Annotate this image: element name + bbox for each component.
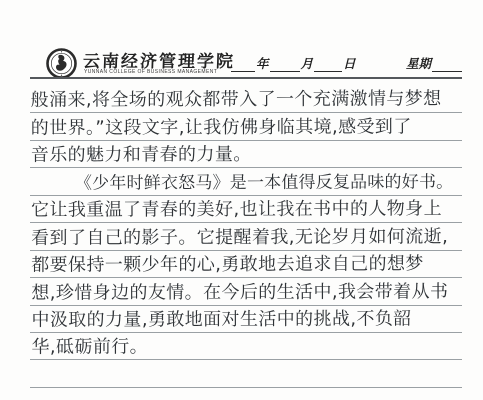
handwritten-line-2: 的世界。”这段文字,让我仿佛身临其境,感受到了	[31, 115, 412, 140]
handwritten-line-1: 般涌来,将全场的观众都带入了一个充满激情与梦想	[31, 87, 442, 112]
handwritten-line-10: 华,砥砺前行。	[31, 335, 148, 359]
handwritten-line-7: 都要保持一颗少年的心,勇敢地去追求自己的想梦	[31, 252, 424, 277]
handwritten-line-5: 它让我重温了青春的美好,也让我在书中的人物身上	[31, 197, 442, 222]
handwritten-line-8: 想,珍惜身边的友情。在今后的生活中,我会带着从书	[31, 280, 448, 305]
notebook-page: 云南经济管理学院 YUNNAN COLLEGE OF BUSINESS MANA…	[0, 0, 483, 400]
handwritten-line-6: 看到了自己的影子。它提醒着我,无论岁月如何流逝,	[31, 225, 448, 250]
handwritten-line-3: 音乐的魅力和青春的力量。	[31, 143, 252, 168]
handwritten-essay: 般涌来,将全场的观众都带入了一个充满激情与梦想 的世界。”这段文字,让我仿佛身临…	[0, 0, 483, 400]
handwritten-line-4: 《少年时鲜衣怒马》是一本值得反复品味的好书。	[75, 170, 453, 195]
handwritten-line-9: 中汲取的力量,勇敢地面对生活中的挑战,不负韶	[31, 307, 411, 332]
